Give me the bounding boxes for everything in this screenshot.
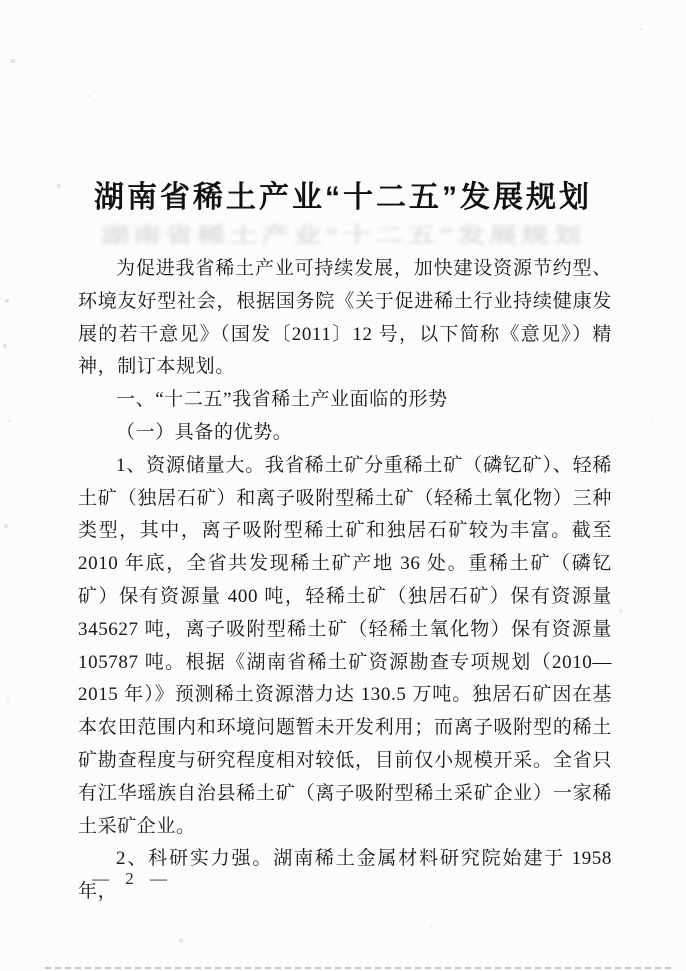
scan-noise-specks (0, 0, 2, 2)
document-body: 为促进我省稀土产业可持续发展，加快建设资源节约型、环境友好型社会，根据国务院《关… (78, 253, 612, 909)
scan-edge-artifact (45, 967, 671, 969)
scan-ghosting-artifact: 湖南省稀土产业“十二五”发展规划 (0, 219, 686, 249)
paragraph: 1、资源储量大。我省稀土矿分重稀土矿（磷钇矿）、轻稀土矿（独居石矿）和离子吸附型… (78, 450, 612, 844)
scanned-document-page: 湖南省稀土产业“十二五”发展规划 湖南省稀土产业“十二五”发展规划 为促进我省稀… (0, 0, 686, 971)
paragraph: 一、“十二五”我省稀土产业面临的形势 (78, 384, 612, 417)
page-number: — 2 — (92, 869, 173, 889)
document-title: 湖南省稀土产业“十二五”发展规划 (0, 172, 686, 216)
paragraph: （一）具备的优势。 (78, 417, 612, 450)
paragraph: 为促进我省稀土产业可持续发展，加快建设资源节约型、环境友好型社会，根据国务院《关… (78, 253, 612, 384)
